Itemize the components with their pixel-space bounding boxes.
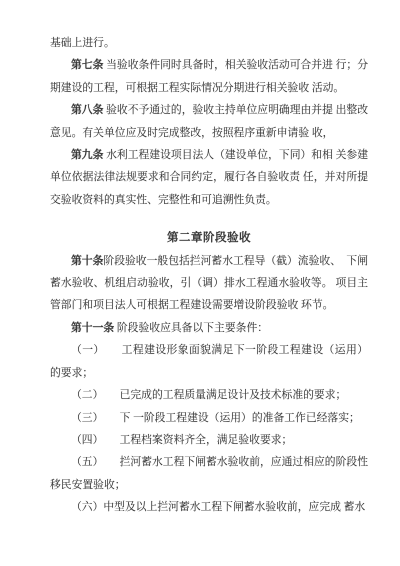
article-10-paragraph: 第十条阶段验收一般包括拦河蓄水工程导（截）流验收、 下闸蓄水验收、机组启动验收，…	[50, 250, 368, 317]
condition-item-1: （一） 工程建设形象面貌满足下一阶段工程建设（运用） 的要求；	[50, 339, 368, 384]
condition-item-3: （三） 下 一阶段工程建设（运用）的准备工作已经落实；	[50, 407, 368, 429]
article-8-paragraph: 第八条 验收不予通过的，验收主持单位应明确理由并提 出整改意见。有关单位应及时完…	[50, 99, 368, 144]
paragraph-text: （二） 已完成的工程质量满足设计及技术标准的要求；	[71, 389, 346, 401]
condition-item-2: （二） 已完成的工程质量满足设计及技术标准的要求；	[50, 384, 368, 406]
article-8-number: 第八条	[71, 104, 103, 116]
condition-item-5: （五） 拦河蓄水工程下闸蓄水验收前，应通过相应的阶段性移民安置验收；	[50, 451, 368, 496]
paragraph-text: 阶段验收应具备以下主要条件：	[114, 322, 268, 334]
article-11-paragraph: 第十一条 阶段验收应具备以下主要条件：	[50, 317, 368, 339]
paragraph-text: （三） 下 一阶段工程建设（运用）的准备工作已经落实；	[71, 412, 360, 424]
document-body: 基础上进行。 第七条 当验收条件同时具备时，相关验收活动可合并进 行；分期建设的…	[50, 32, 368, 519]
paragraph-text: （五） 拦河蓄水工程下闸蓄水验收前，应通过相应的阶段性移民安置验收；	[50, 456, 368, 490]
paragraph-text: （一） 工程建设形象面貌满足下一阶段工程建设（运用） 的要求；	[50, 344, 368, 378]
chapter-2-heading: 第二章阶段验收	[50, 227, 368, 249]
article-11-number: 第十一条	[71, 322, 114, 334]
condition-item-6: （六）中型及以上拦河蓄水工程下闸蓄水验收前，应完成 蓄水	[50, 496, 368, 518]
condition-item-4: （四） 工程档案资料齐全，满足验收要求；	[50, 429, 368, 451]
paragraph-text: （四） 工程档案资料齐全，满足验收要求；	[71, 434, 292, 446]
paragraph-intro-continuation: 基础上进行。	[50, 32, 368, 54]
paragraph-text: 基础上进行。	[50, 37, 115, 49]
article-7-paragraph: 第七条 当验收条件同时具备时，相关验收活动可合并进 行；分期建设的工程，可根据工…	[50, 54, 368, 99]
article-10-number: 第十条	[71, 255, 103, 267]
article-9-number: 第九条	[71, 149, 103, 161]
article-9-paragraph: 第九条 水利工程建设项目法人（建设单位，下同）和相 关参建单位依据法律法规要求和…	[50, 144, 368, 211]
paragraph-text: （六）中型及以上拦河蓄水工程下闸蓄水验收前，应完成 蓄水	[71, 501, 365, 513]
article-7-number: 第七条	[71, 59, 103, 71]
document-page: 基础上进行。 第七条 当验收条件同时具备时，相关验收活动可合并进 行；分期建设的…	[0, 0, 400, 566]
